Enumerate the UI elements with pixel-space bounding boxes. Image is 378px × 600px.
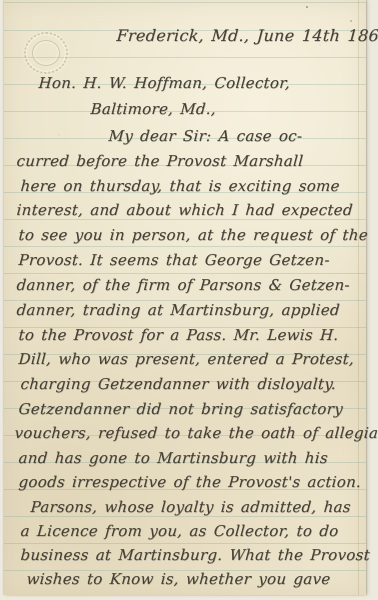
- body-line: to see you in person, at the request of …: [18, 226, 369, 244]
- body-line: business at Martinsburg. What the Provos…: [20, 546, 371, 564]
- photo-background: Frederick, Md., June 14th 1862. Hon. H. …: [0, 0, 378, 600]
- dateline: Frederick, Md., June 14th 1862.: [116, 26, 378, 45]
- body-line: Dill, who was present, entered a Protest…: [18, 350, 355, 368]
- letter-text: Frederick, Md., June 14th 1862. Hon. H. …: [4, 0, 366, 595]
- body-line: charging Getzendanner with disloyalty.: [20, 375, 337, 393]
- recipient-line: Hon. H. W. Hoffman, Collector,: [38, 74, 291, 92]
- body-line: goods irrespective of the Provost's acti…: [18, 473, 362, 491]
- body-line: wishes to Know is, whether you gave: [26, 570, 331, 588]
- body-line: curred before the Provost Marshall: [16, 152, 304, 170]
- body-line: My dear Sir: A case oc-: [108, 127, 303, 145]
- body-line: danner, of the firm of Parsons & Getzen-: [16, 276, 351, 294]
- body-line: danner, trading at Martinsburg, applied: [16, 301, 341, 319]
- body-line: and has gone to Martinsburg with his: [18, 449, 329, 467]
- body-line: Getzendanner did not bring satisfactory: [18, 400, 344, 418]
- body-line: Parsons, whose loyalty is admitted, has: [30, 498, 352, 516]
- body-line: interest, and about which I had expected: [16, 201, 353, 219]
- recipient-line: Baltimore, Md.,: [90, 100, 217, 118]
- body-line: vouchers, refused to take the oath of al…: [14, 424, 378, 442]
- body-line: Provost. It seems that George Getzen-: [18, 251, 330, 269]
- body-line: here on thursday, that is exciting some: [20, 177, 340, 195]
- letter-paper: Frederick, Md., June 14th 1862. Hon. H. …: [4, 0, 366, 595]
- body-line: to the Provost for a Pass. Mr. Lewis H.: [18, 326, 339, 344]
- body-line: a Licence from you, as Collector, to do: [20, 522, 339, 540]
